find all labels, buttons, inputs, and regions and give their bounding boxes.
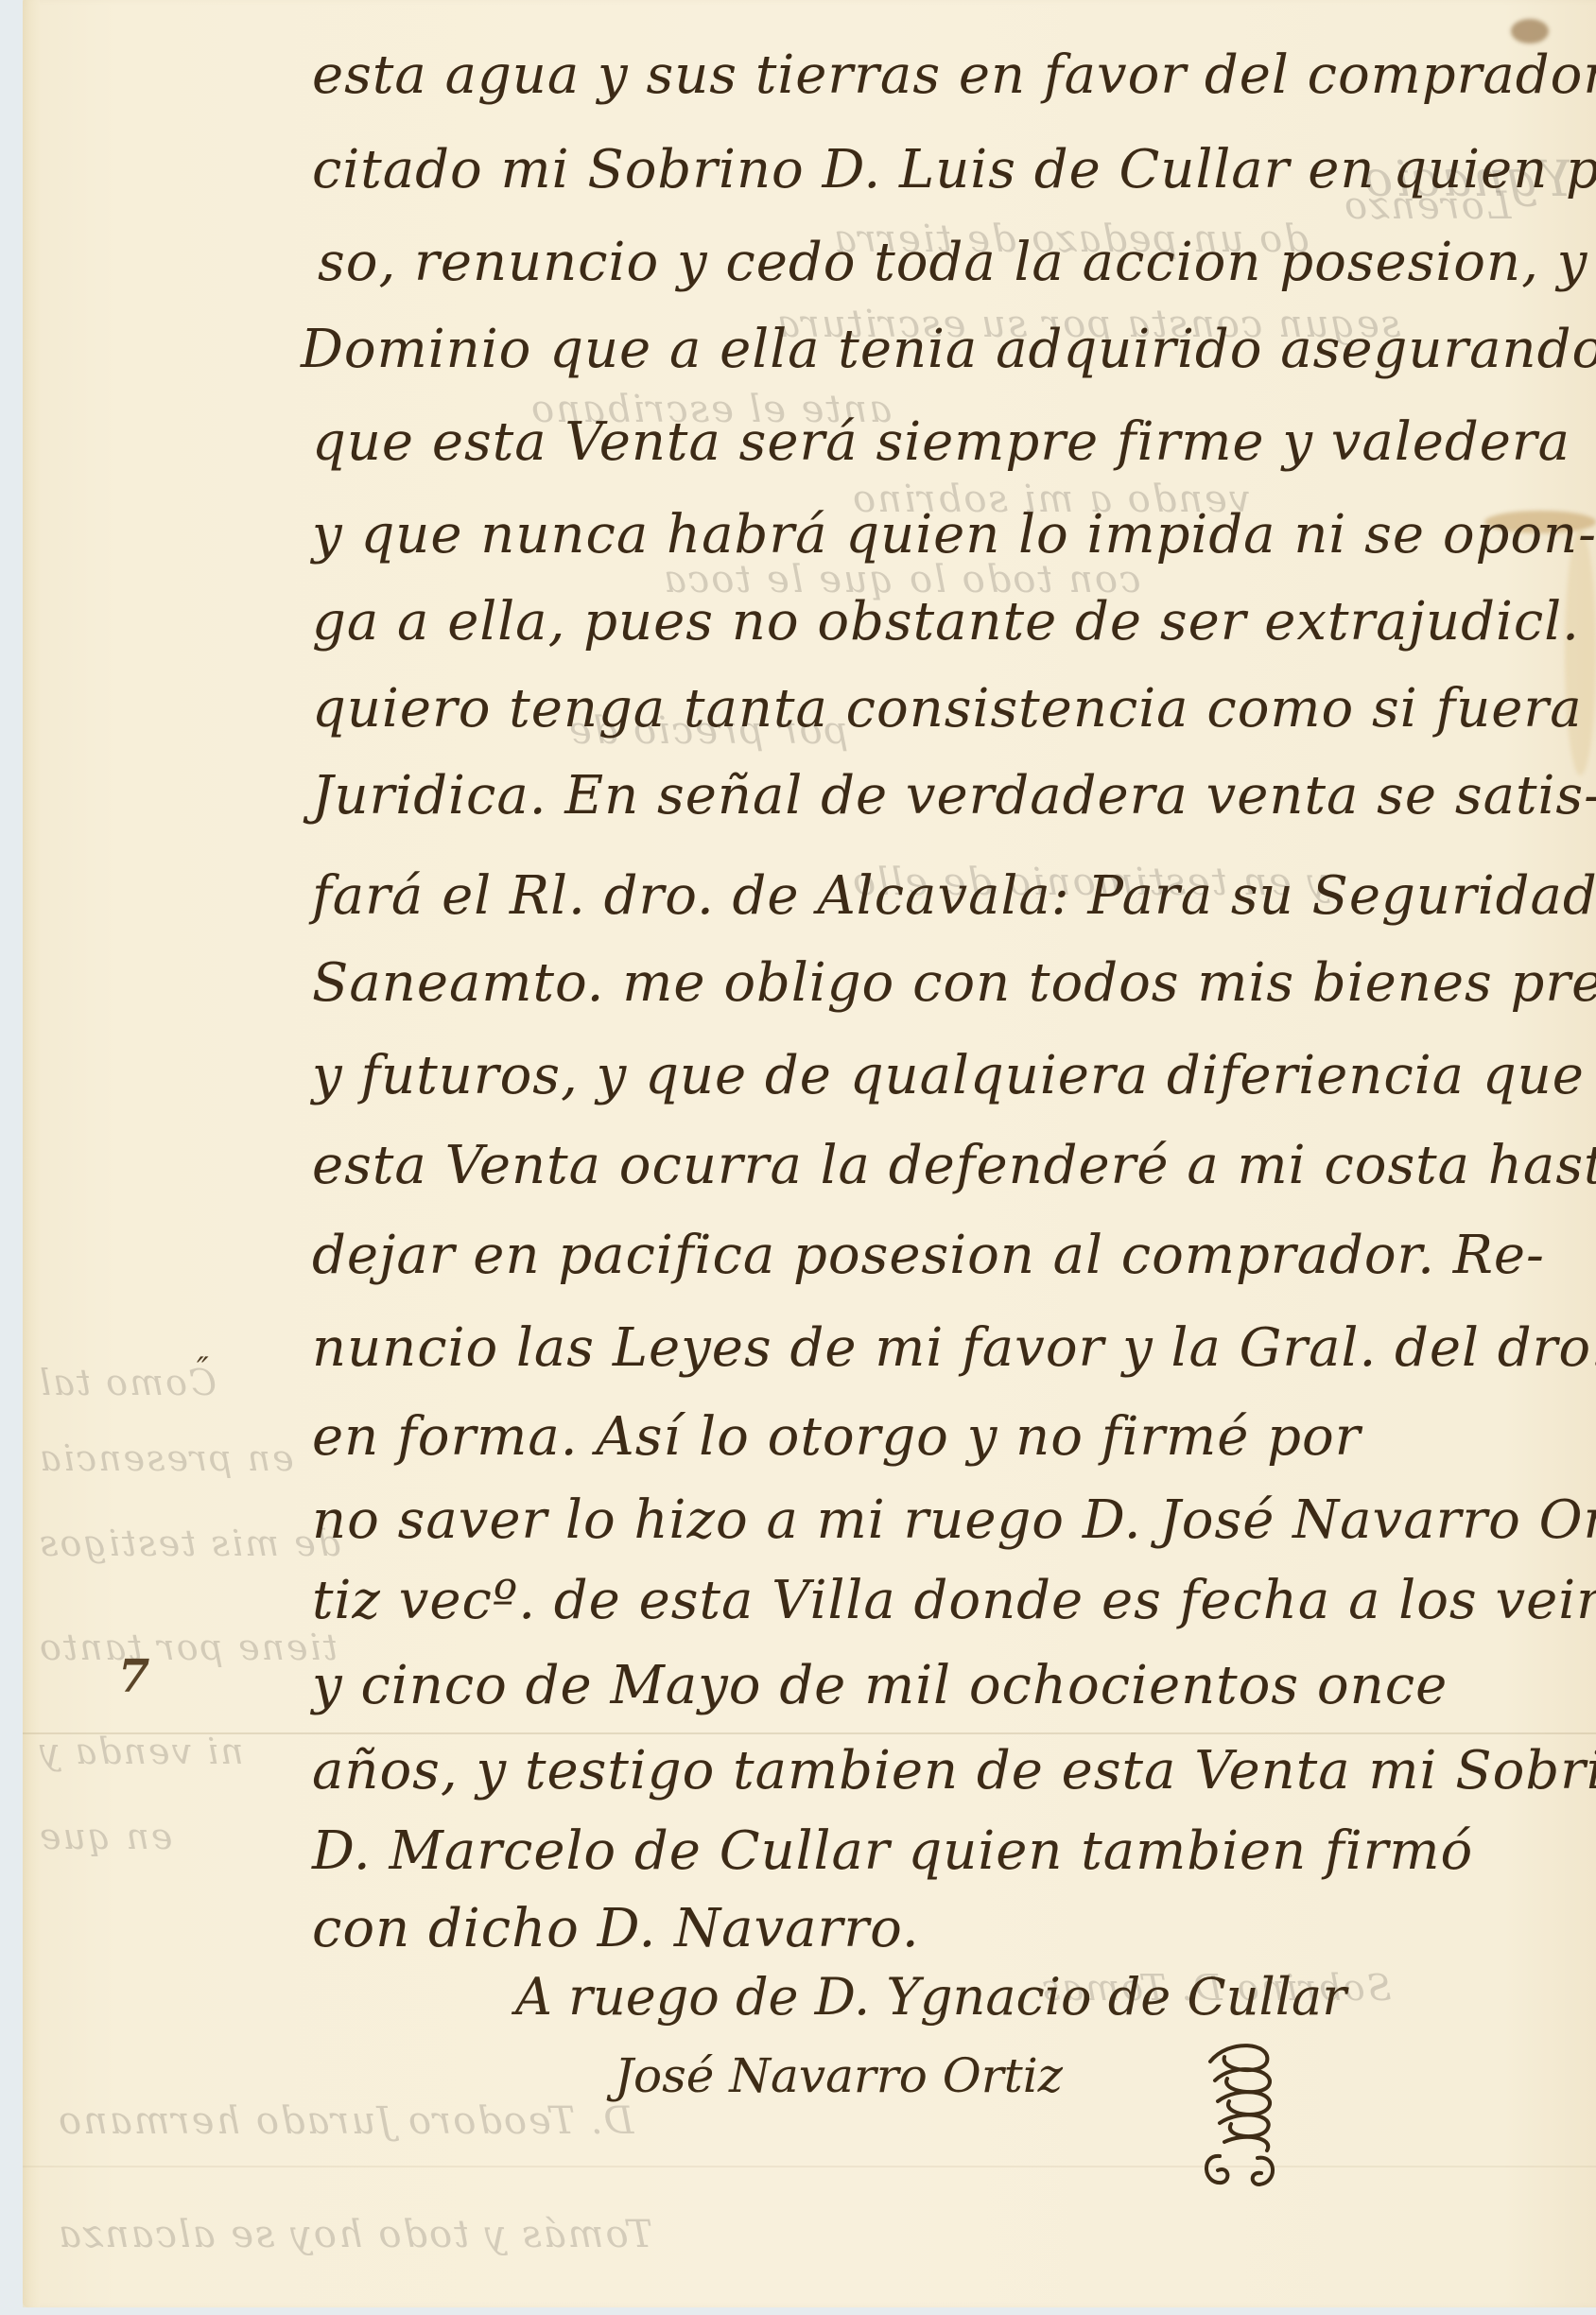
margin-mark: 7 xyxy=(118,1650,149,1703)
text-line: no saver lo hizo a mi ruego D. José Nava… xyxy=(312,1494,1596,1547)
signature-jose-navarro-ortiz: José Navarro Ortiz xyxy=(615,2052,1063,2099)
text-line: nuncio las Leyes de mi favor y la Gral. … xyxy=(312,1322,1596,1375)
signature-a-ruego: A ruego de D. Ygnacio de Cullar xyxy=(515,1972,1346,2023)
text-line: y que nunca habrá quien lo impida ni se … xyxy=(312,509,1596,562)
bleed-text: ni venda y xyxy=(38,1731,244,1772)
text-line: en forma. Así lo otorgo y no firmé por xyxy=(312,1411,1362,1464)
bleed-text: en que xyxy=(38,1816,172,1857)
text-line: ga a ella, pues no obstante de ser extra… xyxy=(312,596,1580,649)
rubric-flourish-icon xyxy=(1191,2033,1295,2194)
text-line: so, renuncio y cedo toda la accion poses… xyxy=(318,236,1587,289)
text-line: que esta Venta será siempre firme y vale… xyxy=(312,416,1570,469)
text-line: y futuros, y que de qualquiera diferienc… xyxy=(312,1050,1596,1103)
text-line: fará el Rl. dro. de Alcavala: Para su Se… xyxy=(312,870,1596,923)
text-line: Juridica. En señal de verdadera venta se… xyxy=(312,770,1596,823)
text-line: esta agua y sus tierras en favor del com… xyxy=(312,49,1596,102)
bleed-text: D. Teodoro Jurado hermano xyxy=(57,2099,633,2143)
bleed-text: Tomás y todo hoy se alcanza xyxy=(57,2213,652,2256)
text-line: quiero tenga tanta consistencia como si … xyxy=(312,683,1583,736)
bleed-text: Como tal xyxy=(38,1362,217,1403)
text-line: D. Marcelo de Cullar quien tambien firmó xyxy=(312,1825,1473,1878)
text-line: con dicho D. Navarro. xyxy=(312,1903,920,1956)
bleed-text: de mis testigos xyxy=(38,1523,340,1564)
paper-edge xyxy=(23,0,40,2307)
bleed-text: tiene por tanto xyxy=(38,1627,338,1668)
fold-line-lower xyxy=(23,2166,1596,2167)
fold-line xyxy=(23,1732,1596,1734)
text-line: tiz vecº. de esta Villa donde es fecha a… xyxy=(312,1575,1596,1627)
text-line: y cinco de Mayo de mil ochocientos once xyxy=(312,1660,1448,1713)
text-line: Dominio que a ella tenia adquirido asegu… xyxy=(301,323,1596,376)
text-line: Saneamto. me obligo con todos mis bienes… xyxy=(312,957,1596,1010)
text-line: citado mi Sobrino D. Luis de Cullar en q… xyxy=(312,144,1596,197)
bleed-text: en presencia xyxy=(38,1437,294,1479)
ink-stain xyxy=(1511,19,1549,44)
text-line: esta Venta ocurra la defenderé a mi cost… xyxy=(312,1140,1596,1192)
margin-mark: ″ xyxy=(197,1350,209,1388)
text-line: dejar en pacifica posesion al comprador.… xyxy=(312,1229,1545,1282)
text-line: años, y testigo tambien de esta Venta mi… xyxy=(312,1745,1596,1798)
